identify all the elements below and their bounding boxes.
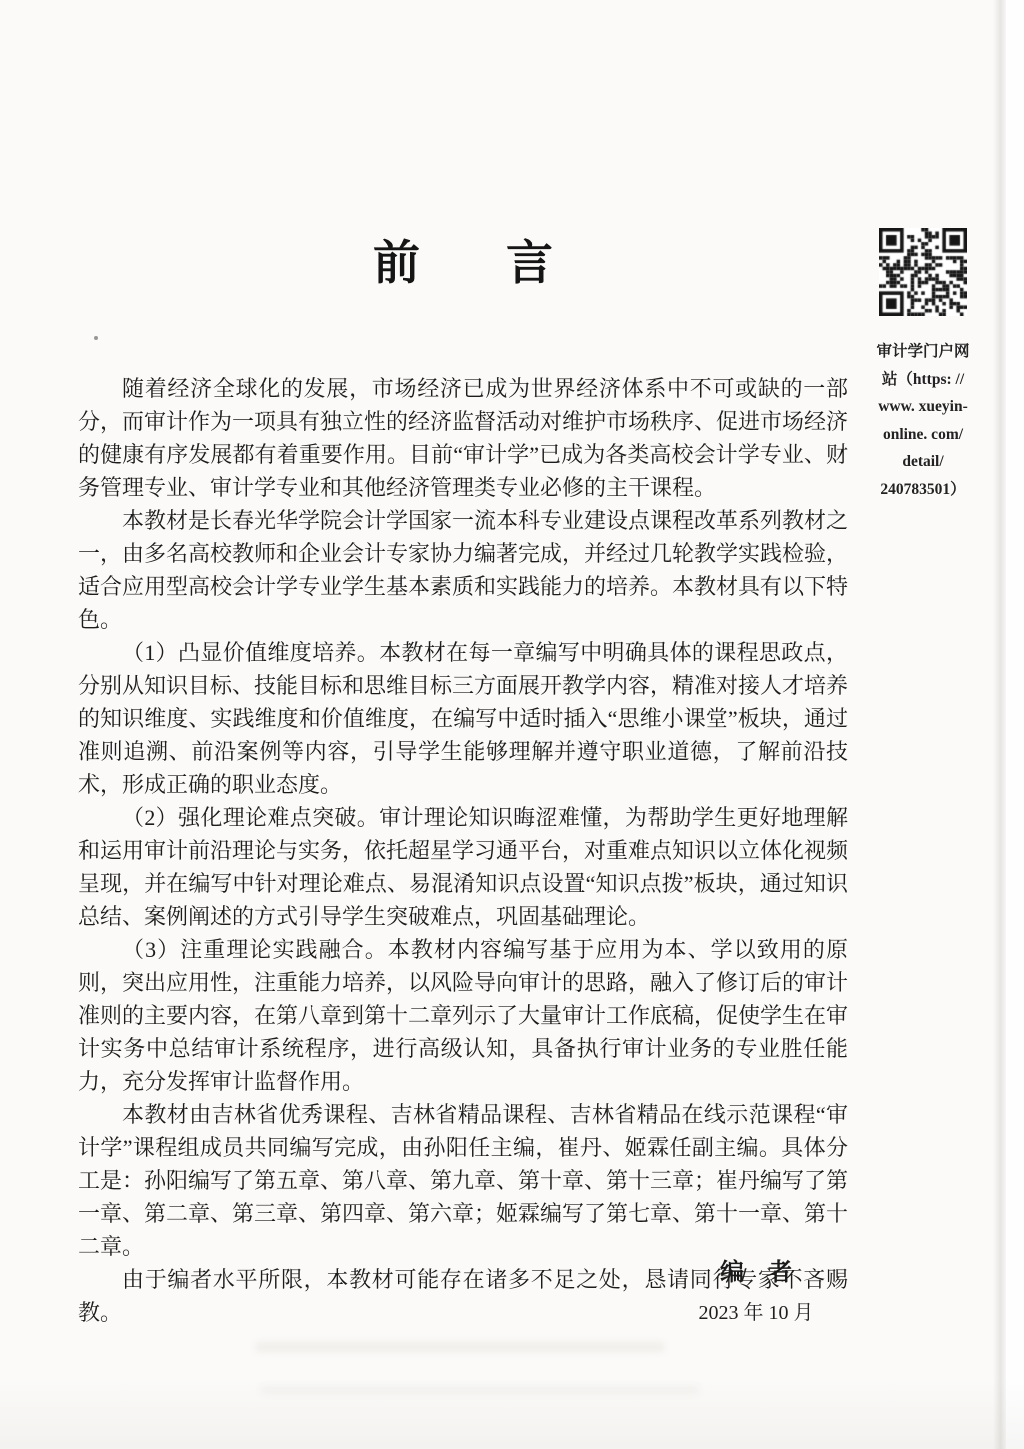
scanned-preface-page: 前 言 审计学门户网 站（https: // www. xueyin- onli… bbox=[0, 0, 1024, 1449]
paragraph-intro: 随着经济全球化的发展，市场经济已成为世界经济体系中不可或缺的一部分，而审计作为一… bbox=[78, 372, 848, 504]
qr-caption-line: 240783501） bbox=[856, 476, 990, 504]
paragraph-feature-2: （2）强化理论难点突破。审计理论知识晦涩难懂，为帮助学生更好地理解和运用审计前沿… bbox=[78, 801, 848, 933]
qr-caption-line: online. com/ bbox=[856, 421, 990, 449]
scan-speck bbox=[94, 336, 98, 340]
preface-body: 随着经济全球化的发展，市场经济已成为世界经济体系中不可或缺的一部分，而审计作为一… bbox=[78, 372, 848, 1329]
qr-caption: 审计学门户网 站（https: // www. xueyin- online. … bbox=[856, 338, 990, 503]
signature-block: 编 者 2023 年 10 月 bbox=[600, 1252, 912, 1325]
scan-smudge bbox=[260, 1386, 700, 1394]
signature-author: 编 者 bbox=[600, 1252, 912, 1287]
scan-smudge bbox=[255, 1342, 665, 1352]
page-title-char: 前 bbox=[373, 226, 420, 293]
paragraph-overview: 本教材是长春光华学院会计学国家一流本科专业建设点课程改革系列教材之一，由多名高校… bbox=[78, 504, 848, 636]
page-title: 前 言 bbox=[78, 226, 848, 293]
qr-caption-line: detail/ bbox=[856, 448, 990, 476]
paragraph-contributors: 本教材由吉林省优秀课程、吉林省精品课程、吉林省精品在线示范课程“审计学”课程组成… bbox=[78, 1098, 848, 1263]
qr-caption-line: 审计学门户网 bbox=[856, 338, 990, 366]
qr-caption-line: 站（https: // bbox=[856, 366, 990, 394]
qr-caption-line: www. xueyin- bbox=[856, 393, 990, 421]
scan-edge-shadow bbox=[993, 0, 1007, 1449]
paragraph-feature-1: （1）凸显价值维度培养。本教材在每一章编写中明确具体的课程思政点，分别从知识目标… bbox=[78, 636, 848, 801]
paragraph-feature-3: （3）注重理论实践融合。本教材内容编写基于应用为本、学以致用的原则，突出应用性，… bbox=[78, 933, 848, 1098]
qr-code bbox=[879, 228, 967, 316]
page-title-char: 言 bbox=[506, 226, 553, 293]
scan-right-margin bbox=[1006, 0, 1024, 1449]
qr-panel: 审计学门户网 站（https: // www. xueyin- online. … bbox=[856, 228, 990, 503]
signature-date: 2023 年 10 月 bbox=[600, 1296, 912, 1325]
